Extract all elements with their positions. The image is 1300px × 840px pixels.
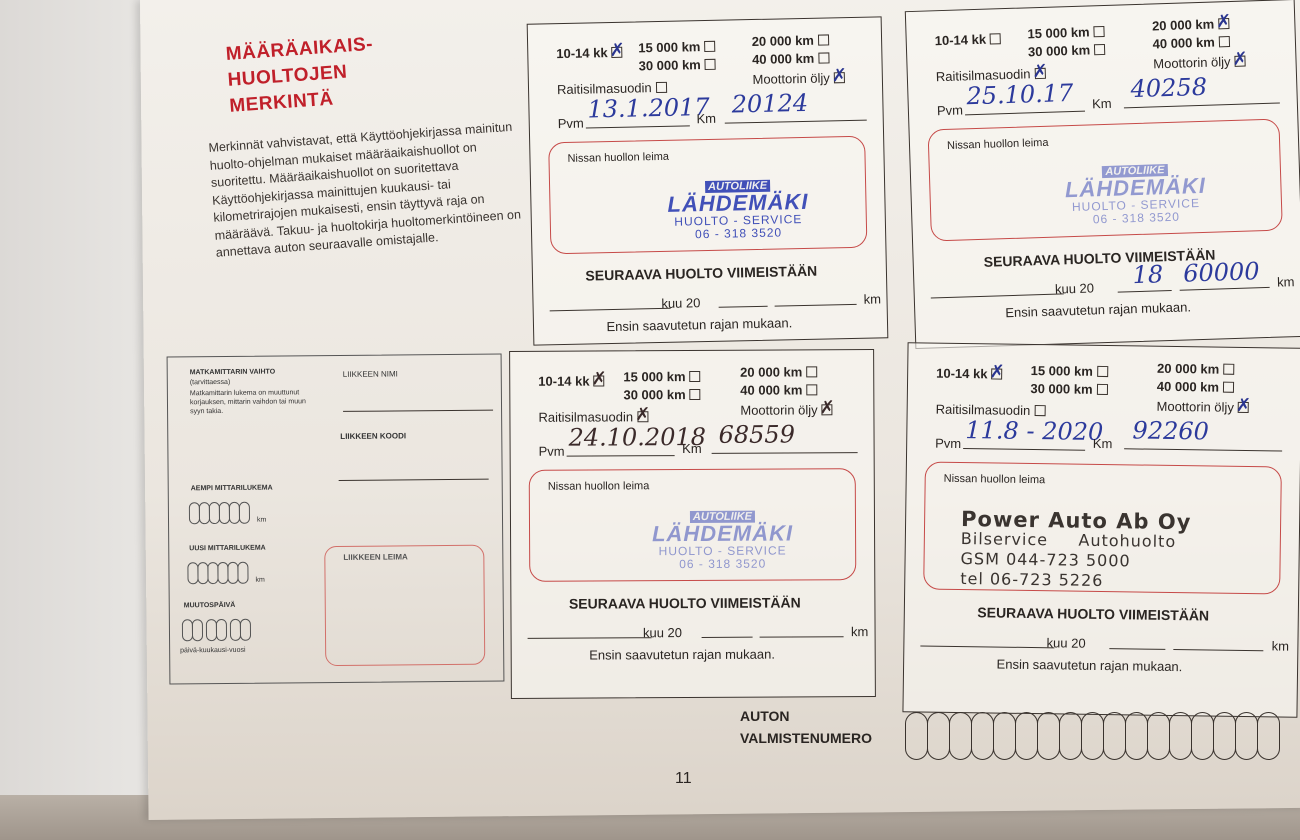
- next-year-value: 18: [1132, 260, 1163, 289]
- service-record-card: 10-14 kk 15 000 km 20 000 km 30 000 km 4…: [902, 342, 1300, 717]
- vin-digit-cell[interactable]: [1169, 712, 1192, 760]
- dealer-stamp-label: LIIKKEEN LEIMA: [343, 552, 408, 562]
- interval-months-checkbox[interactable]: [612, 47, 623, 58]
- engine-oil-checkbox[interactable]: [1238, 402, 1249, 413]
- vin-label-line: AUTON: [740, 705, 872, 727]
- new-reading-field[interactable]: [187, 562, 247, 585]
- previous-reading-field[interactable]: [189, 502, 249, 525]
- odometer-heading: MATKAMITTARIN VAIHTO: [190, 369, 275, 377]
- month-year-label: kuu 20: [1055, 280, 1094, 296]
- km15000-checkbox[interactable]: [704, 41, 715, 52]
- service-date: 25.10.17: [966, 79, 1074, 110]
- next-service-title: SEURAAVA HUOLTO VIIMEISTÄÄN: [983, 247, 1215, 270]
- first-reached-note: Ensin saavutetun rajan mukaan.: [997, 657, 1183, 675]
- first-reached-note: Ensin saavutetun rajan mukaan.: [606, 315, 792, 334]
- km-unit: km: [257, 517, 266, 524]
- service-date: 13.1.2017: [587, 93, 710, 124]
- next-month-field[interactable]: [920, 645, 1054, 648]
- km20000-checkbox[interactable]: [1223, 364, 1234, 375]
- engine-oil-checkbox[interactable]: [834, 72, 845, 83]
- km15000-checkbox[interactable]: [1097, 366, 1108, 377]
- km40000-label: 40 000 km: [740, 382, 802, 397]
- vin-digit-cell[interactable]: [949, 712, 972, 760]
- stamp-line: tel 06-723 5226: [960, 569, 1191, 592]
- km30000-label: 30 000 km: [638, 57, 700, 73]
- dealer-stamp: Power Auto Ab Oy Bilservice Autohuolto G…: [960, 509, 1191, 592]
- service-km: 68559: [719, 420, 796, 448]
- next-month-field[interactable]: [550, 308, 671, 312]
- first-reached-note: Ensin saavutetun rajan mukaan.: [1005, 299, 1191, 320]
- km-unit: km: [256, 577, 265, 584]
- km-label: Km: [682, 441, 702, 456]
- interval-label: 10-14 kk: [538, 374, 589, 389]
- next-km-field[interactable]: [1180, 287, 1270, 291]
- vin-digit-cell[interactable]: [1257, 712, 1280, 760]
- engine-oil-label: Moottorin öljy: [740, 402, 817, 417]
- km40000-checkbox[interactable]: [1219, 36, 1230, 47]
- interval-months-checkbox[interactable]: [990, 33, 1001, 44]
- km15000-checkbox[interactable]: [690, 371, 701, 382]
- vin-digit-cell[interactable]: [927, 712, 950, 760]
- next-month-field[interactable]: [528, 637, 652, 639]
- date-field[interactable]: [586, 125, 690, 128]
- vin-digit-cell[interactable]: [971, 712, 994, 760]
- dealer-code-label: LIIKKEEN KOODI: [340, 431, 406, 441]
- date-field[interactable]: [567, 455, 675, 457]
- km40000-label: 40 000 km: [1152, 34, 1215, 51]
- date-format-hint: päivä-kuukausi-vuosi: [180, 647, 245, 655]
- new-reading-label: UUSI MITTARILUKEMA: [189, 545, 266, 553]
- next-km-field[interactable]: [1173, 649, 1264, 651]
- month-year-label: kuu 20: [643, 625, 682, 640]
- dealer-stamp: AUTOLIIKE LÄHDEMÄKI HUOLTO - SERVICE 06 …: [1045, 159, 1227, 228]
- km20000-label: 20 000 km: [1157, 361, 1219, 377]
- cabin-filter-checkbox[interactable]: [1034, 68, 1045, 79]
- km20000-checkbox[interactable]: [1218, 18, 1229, 29]
- next-service-title: SEURAAVA HUOLTO VIIMEISTÄÄN: [569, 594, 801, 611]
- km-field[interactable]: [1124, 448, 1282, 451]
- km30000-label: 30 000 km: [1030, 381, 1092, 397]
- engine-oil-checkbox[interactable]: [1234, 56, 1245, 67]
- km20000-checkbox[interactable]: [818, 34, 829, 45]
- km20000-checkbox[interactable]: [806, 366, 817, 377]
- km15000-label: 15 000 km: [1031, 363, 1093, 379]
- vin-digit-cell[interactable]: [1191, 712, 1214, 760]
- previous-reading-label: AEMPI MITTARILUKEMA: [191, 485, 273, 493]
- service-km: 40258: [1130, 73, 1207, 103]
- engine-oil-label: Moottorin öljy: [752, 70, 830, 87]
- km-label: Km: [696, 111, 716, 126]
- stamp-caption: Nissan huollon leima: [567, 151, 669, 165]
- next-km-value: 60000: [1183, 257, 1260, 287]
- next-year-field[interactable]: [718, 306, 768, 308]
- km15000-checkbox[interactable]: [1093, 26, 1104, 37]
- next-year-field[interactable]: [1110, 648, 1165, 650]
- first-reached-note: Ensin saavutetun rajan mukaan.: [589, 647, 775, 663]
- km-field[interactable]: [1123, 102, 1279, 108]
- vin-digit-cell[interactable]: [1059, 712, 1082, 760]
- intro-text: Merkinnät vahvistavat, että Käyttöohjeki…: [208, 118, 526, 262]
- service-km: 92260: [1132, 416, 1209, 445]
- stamp-box: Nissan huollon leima AUTOLIIKE LÄHDEMÄKI…: [928, 118, 1283, 241]
- km40000-checkbox[interactable]: [1223, 382, 1234, 393]
- section-title: MÄÄRÄAIKAIS- HUOLTOJEN MERKINTÄ: [225, 32, 378, 120]
- service-record-card: 10-14 kk 15 000 km 20 000 km 30 000 km 4…: [905, 0, 1300, 349]
- vin-digit-cell[interactable]: [1147, 712, 1170, 760]
- date-field[interactable]: [965, 111, 1084, 116]
- km40000-label: 40 000 km: [752, 51, 814, 67]
- km15000-label: 15 000 km: [1027, 24, 1090, 41]
- km30000-label: 30 000 km: [623, 387, 685, 402]
- cabin-filter-checkbox[interactable]: [656, 82, 667, 93]
- interval-months-checkbox[interactable]: [991, 368, 1002, 379]
- km40000-checkbox[interactable]: [818, 52, 829, 63]
- next-km-field[interactable]: [775, 304, 857, 307]
- vin-digit-cell[interactable]: [1037, 712, 1060, 760]
- cabin-filter-checkbox[interactable]: [1034, 405, 1045, 416]
- dealer-name-label: LIIKKEEN NIMI: [343, 369, 398, 378]
- km30000-checkbox[interactable]: [705, 59, 716, 70]
- service-record-card: 10-14 kk 15 000 km 20 000 km 30 000 km 4…: [509, 349, 876, 699]
- km-unit: km: [863, 291, 881, 306]
- stamp-box: Nissan huollon leima Power Auto Ab Oy Bi…: [923, 462, 1282, 595]
- service-km: 20124: [731, 89, 808, 119]
- next-year-field[interactable]: [1117, 290, 1172, 293]
- vin-label: AUTON VALMISTENUMERO: [740, 705, 872, 749]
- vin-digit-cell[interactable]: [1103, 712, 1126, 760]
- service-record-card: 10-14 kk 15 000 km 20 000 km 30 000 km 4…: [527, 16, 889, 345]
- km15000-label: 15 000 km: [638, 39, 700, 55]
- odometer-change-card: MATKAMITTARIN VAIHTO (tarvittaessa) Matk…: [167, 354, 505, 685]
- km-field[interactable]: [711, 452, 857, 454]
- engine-oil-checkbox[interactable]: [822, 404, 833, 415]
- interval-label: 10-14 kk: [556, 45, 608, 61]
- stamp-caption: Nissan huollon leima: [947, 137, 1049, 152]
- next-month-field[interactable]: [931, 293, 1064, 298]
- stamp-box: Nissan huollon leima AUTOLIIKE LÄHDEMÄKI…: [529, 468, 857, 582]
- change-date-field[interactable]: [182, 619, 250, 642]
- date-field[interactable]: [963, 448, 1085, 451]
- next-year-field[interactable]: [701, 637, 752, 638]
- cabin-filter-checkbox[interactable]: [637, 411, 648, 422]
- km-label: Km: [1092, 96, 1112, 112]
- km20000-label: 20 000 km: [1152, 16, 1215, 33]
- next-service-title: SEURAAVA HUOLTO VIIMEISTÄÄN: [585, 263, 817, 284]
- stamp-caption: Nissan huollon leima: [944, 473, 1046, 486]
- interval-label: 10-14 kk: [936, 366, 988, 382]
- dealer-stamp: AUTOLIIKE LÄHDEMÄKI HUOLTO - SERVICE 06 …: [632, 507, 812, 571]
- vin-label-line: VALMISTENUMERO: [740, 727, 872, 749]
- odometer-note: Matkamittarin lukema on muuttunut korjau…: [190, 388, 320, 416]
- month-year-label: kuu 20: [1047, 635, 1086, 651]
- vin-digit-cell[interactable]: [1235, 712, 1258, 760]
- engine-oil-label: Moottorin öljy: [1156, 399, 1234, 415]
- next-service-title: SEURAAVA HUOLTO VIIMEISTÄÄN: [977, 604, 1209, 623]
- km-label: Km: [1093, 436, 1113, 451]
- km40000-label: 40 000 km: [1157, 379, 1219, 395]
- km-unit: km: [851, 624, 868, 639]
- km20000-label: 20 000 km: [740, 364, 802, 379]
- dealer-stamp: AUTOLIIKE LÄHDEMÄKI HUOLTO - SERVICE 06 …: [647, 175, 828, 242]
- vin-digit-cell[interactable]: [993, 712, 1016, 760]
- km30000-checkbox[interactable]: [690, 389, 701, 400]
- stamp-line: LÄHDEMÄKI: [632, 522, 812, 545]
- change-date-label: MUUTOSPÄIVÄ: [184, 602, 236, 609]
- date-label: Pvm: [539, 444, 565, 459]
- interval-months-checkbox[interactable]: [594, 375, 605, 386]
- date-label: Pvm: [558, 116, 584, 132]
- dealer-code-field[interactable]: [339, 479, 489, 481]
- km-unit: km: [1277, 274, 1295, 290]
- odometer-subheading: (tarvittaessa): [190, 379, 231, 386]
- km30000-checkbox[interactable]: [1094, 44, 1105, 55]
- month-year-label: kuu 20: [661, 295, 700, 311]
- km15000-label: 15 000 km: [623, 369, 685, 384]
- vin-field[interactable]: [905, 712, 1279, 760]
- next-km-field[interactable]: [760, 636, 844, 637]
- stamp-line: 06 - 318 3520: [633, 557, 813, 571]
- dealer-stamp-box: LIIKKEEN LEIMA: [324, 545, 485, 666]
- vin-digit-cell[interactable]: [1015, 712, 1038, 760]
- vin-digit-cell[interactable]: [905, 712, 928, 760]
- stamp-caption: Nissan huollon leima: [548, 480, 650, 493]
- vin-digit-cell[interactable]: [1081, 712, 1104, 760]
- engine-oil-label: Moottorin öljy: [1153, 54, 1231, 71]
- page-number: 11: [675, 770, 692, 788]
- km40000-checkbox[interactable]: [806, 384, 817, 395]
- service-date: 11.8 - 2020: [965, 416, 1103, 446]
- km30000-checkbox[interactable]: [1096, 384, 1107, 395]
- interval-label: 10-14 kk: [934, 32, 986, 49]
- vin-digit-cell[interactable]: [1125, 712, 1148, 760]
- vin-digit-cell[interactable]: [1213, 712, 1236, 760]
- stamp-box: Nissan huollon leima AUTOLIIKE LÄHDEMÄKI…: [548, 136, 867, 255]
- km-unit: km: [1272, 638, 1290, 653]
- km30000-label: 30 000 km: [1028, 42, 1091, 59]
- date-label: Pvm: [935, 436, 961, 451]
- km20000-label: 20 000 km: [752, 33, 814, 49]
- km-field[interactable]: [725, 120, 867, 124]
- date-label: Pvm: [937, 102, 963, 118]
- dealer-name-field[interactable]: [343, 410, 493, 412]
